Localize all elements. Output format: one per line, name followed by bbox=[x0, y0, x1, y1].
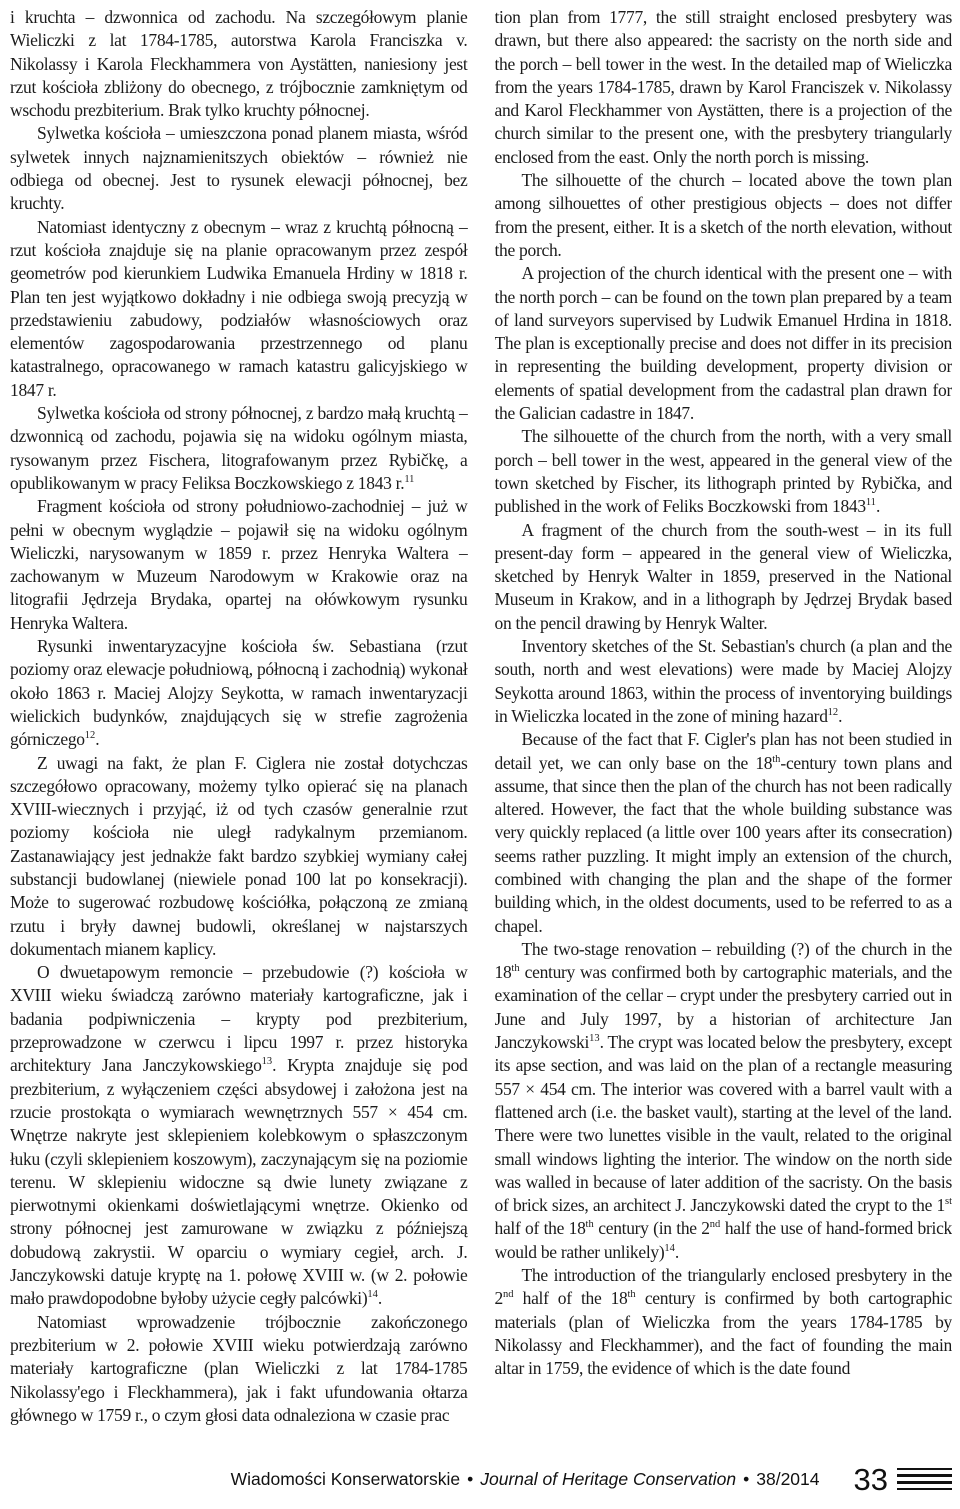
journal-title-line: Wiadomości Konserwatorskie•Journal of He… bbox=[231, 1469, 820, 1490]
paragraph: A projection of the church identical wit… bbox=[495, 262, 953, 425]
paragraph: The two-stage renovation – rebuilding (?… bbox=[495, 938, 953, 1264]
paragraph: The silhouette of the church from the no… bbox=[495, 425, 953, 518]
page-footer: Wiadomości Konserwatorskie•Journal of He… bbox=[10, 1458, 952, 1509]
journal-title-en: Journal of Heritage Conservation bbox=[480, 1469, 736, 1489]
paragraph: O dwuetapowym remoncie – przebudowie (?)… bbox=[10, 961, 468, 1310]
paragraph: Inventory sketches of the St. Sebastian'… bbox=[495, 635, 953, 728]
page-number: 33 bbox=[854, 1464, 888, 1495]
paragraph: Rysunki inwentaryzacyjne kościoła św. Se… bbox=[10, 635, 468, 751]
paragraph: The silhouette of the church – located a… bbox=[495, 169, 953, 262]
paragraph: tion plan from 1777, the still straight … bbox=[495, 6, 953, 169]
two-column-text-block: i kruchta – dzwonnica od zachodu. Na szc… bbox=[10, 6, 952, 1458]
paragraph: The introduction of the triangularly enc… bbox=[495, 1264, 953, 1380]
left-column-polish-text: i kruchta – dzwonnica od zachodu. Na szc… bbox=[10, 6, 468, 1458]
horizontal-lines-ornament-icon bbox=[897, 1468, 952, 1490]
right-column-english-text: tion plan from 1777, the still straight … bbox=[495, 6, 953, 1458]
footer-separator-1: • bbox=[467, 1469, 473, 1489]
journal-title-pl: Wiadomości Konserwatorskie bbox=[231, 1469, 461, 1489]
paragraph: Sylwetka kościoła – umieszczona ponad pl… bbox=[10, 122, 468, 215]
paragraph: Natomiast wprowadzenie trójbocznie zakoń… bbox=[10, 1311, 468, 1427]
paragraph: Sylwetka kościoła od strony północnej, z… bbox=[10, 402, 468, 495]
footer-separator-2: • bbox=[743, 1469, 749, 1489]
paragraph: Because of the fact that F. Cigler's pla… bbox=[495, 728, 953, 938]
paragraph: Fragment kościoła od strony południowo-z… bbox=[10, 495, 468, 635]
paragraph: i kruchta – dzwonnica od zachodu. Na szc… bbox=[10, 6, 468, 122]
journal-page: i kruchta – dzwonnica od zachodu. Na szc… bbox=[0, 0, 960, 1509]
paragraph: Natomiast identyczny z obecnym – wraz z … bbox=[10, 216, 468, 402]
paragraph: Z uwagi na fakt, że plan F. Ciglera nie … bbox=[10, 752, 468, 962]
issue-number: 38/2014 bbox=[756, 1469, 819, 1489]
paragraph: A fragment of the church from the south-… bbox=[495, 519, 953, 635]
